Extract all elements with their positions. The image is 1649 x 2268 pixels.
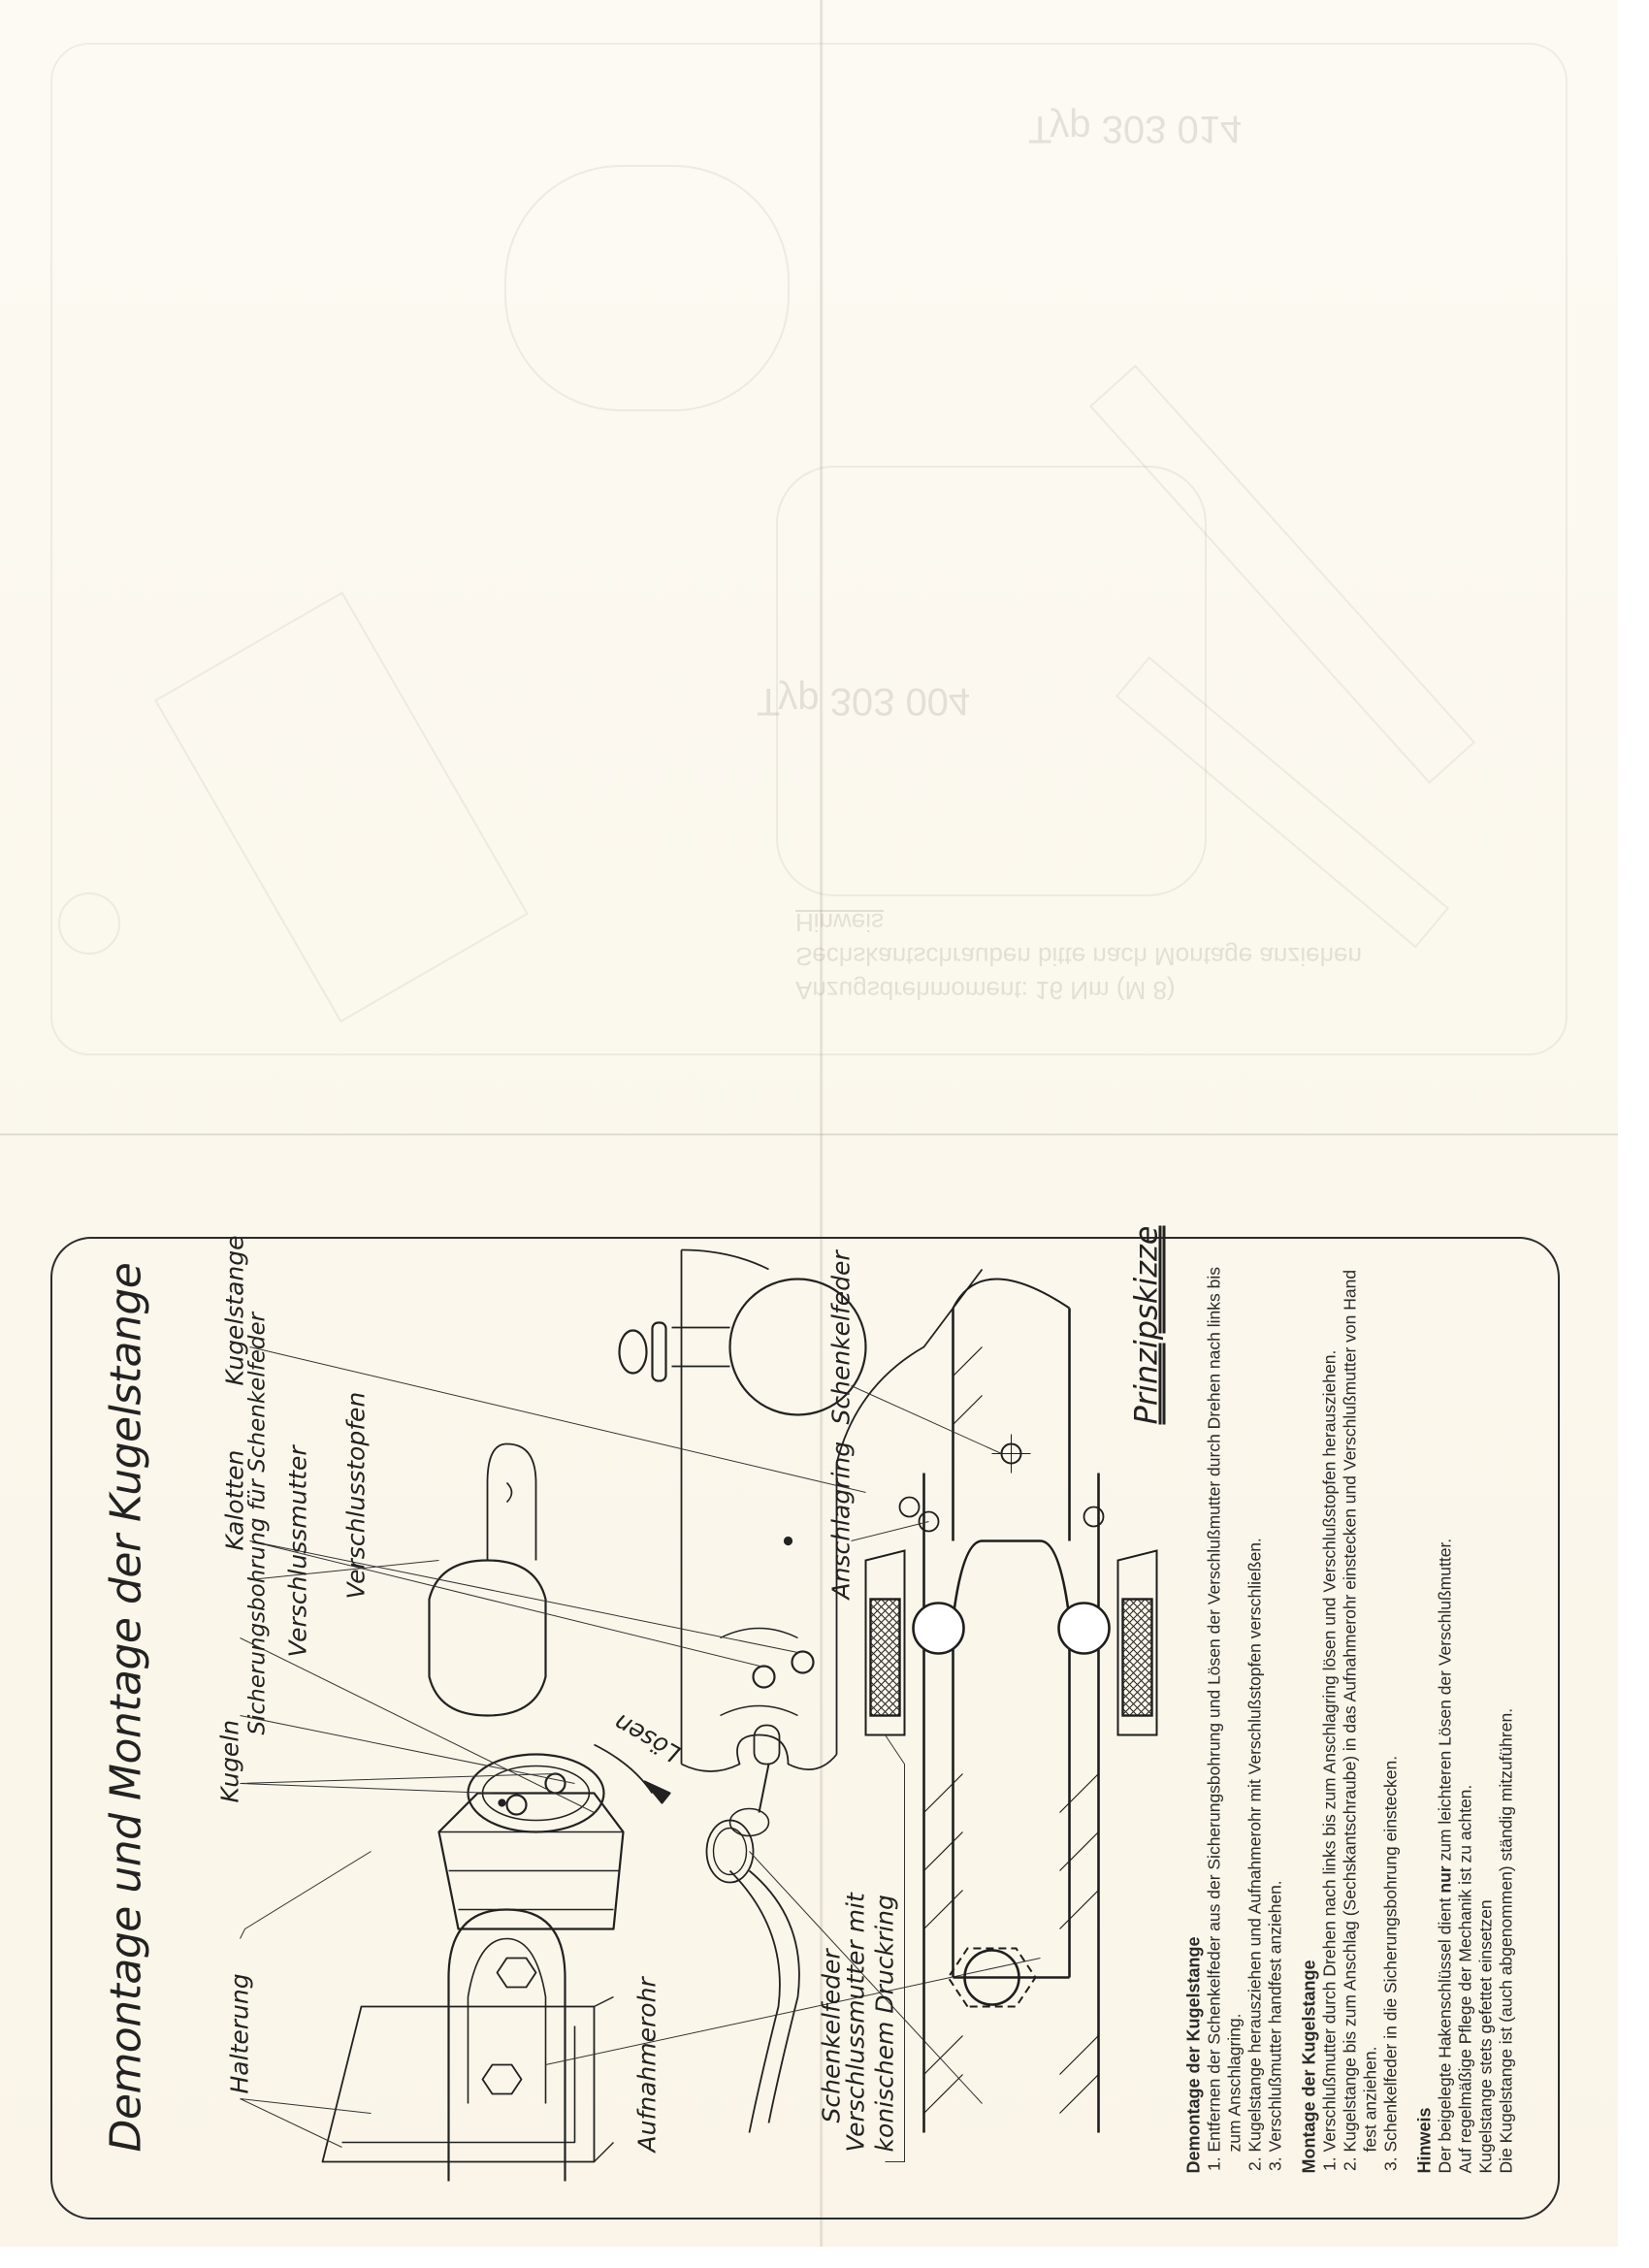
label-konischem-druckring: konischem Druckring xyxy=(870,1895,898,2152)
demontage-step: Entfernen der Schenkelfeder aus der Sich… xyxy=(1204,1261,1245,2152)
instructions-text: Demontage der Kugelstange Entfernen der … xyxy=(1183,1261,1516,2173)
hinweis-line: Die Kugelstange ist (auch abgenommen) st… xyxy=(1496,1261,1516,2173)
label-kugelstange: Kugelstange xyxy=(220,1235,248,1385)
scan-edge-right xyxy=(1618,0,1649,2268)
label-kalotten: Kalotten xyxy=(220,1449,248,1550)
horizontal-fold-line xyxy=(0,1133,1618,1136)
scan-edge-bottom xyxy=(0,2247,1649,2268)
label-anschlagring: Anschlagring xyxy=(826,1441,855,1599)
label-aufnahmerohr: Aufnahmerohr xyxy=(632,1977,661,2152)
hinweis-line: Der beigelegte Hakenschlüssel dient nur … xyxy=(1435,1261,1455,2173)
label-kugeln: Kugeln xyxy=(215,1719,243,1802)
montage-step: Verschlußmutter durch Drehen nach links … xyxy=(1319,1261,1340,2152)
hinweis-text: zum leichteren Lösen der Verschlußmutter… xyxy=(1435,1538,1454,1865)
label-verschlussmutter-mit: Verschlussmutter mit xyxy=(841,1893,869,2152)
label-verschlussstopfen: Verschlusstopfen xyxy=(341,1391,370,1599)
demontage-step: Kugelstange herausziehen und Aufnahmeroh… xyxy=(1245,1261,1265,2152)
hinweis-emphasis: nur xyxy=(1435,1865,1454,1893)
label-prinzipskizze: Prinzipskizze xyxy=(1127,1225,1164,1424)
instruction-panel: Demontage und Montage der Kugelstange xyxy=(50,1237,1560,2219)
demontage-step: Verschlußmutter handfest anziehen. xyxy=(1265,1261,1285,2152)
montage-step: Schenkelfeder in die Sicherungsbohrung e… xyxy=(1380,1261,1401,2152)
hinweis-text: Der beigelegte Hakenschlüssel dient xyxy=(1435,1893,1454,2173)
hinweis-line: Auf regelmäßige Pflege der Mechanik ist … xyxy=(1455,1261,1475,2173)
demontage-heading: Demontage der Kugelstange xyxy=(1183,1261,1204,2173)
demontage-steps: Entfernen der Schenkelfeder aus der Sich… xyxy=(1204,1261,1285,2173)
hinweis-heading: Hinweis xyxy=(1414,1261,1435,2173)
label-halterung: Halterung xyxy=(225,1973,253,2093)
label-verschlussmutter: Verschlussmutter xyxy=(283,1445,311,1657)
montage-step: Kugelstange bis zum Anschlag (Sechskants… xyxy=(1340,1261,1380,2152)
montage-steps: Verschlußmutter durch Drehen nach links … xyxy=(1319,1261,1401,2173)
hinweis-line: Kugelstange stets gefettet einsetzen xyxy=(1475,1261,1496,2173)
label-schenkelfeder-section: Schenkelfeder xyxy=(826,1250,855,1424)
montage-heading: Montage der Kugelstange xyxy=(1299,1261,1319,2173)
